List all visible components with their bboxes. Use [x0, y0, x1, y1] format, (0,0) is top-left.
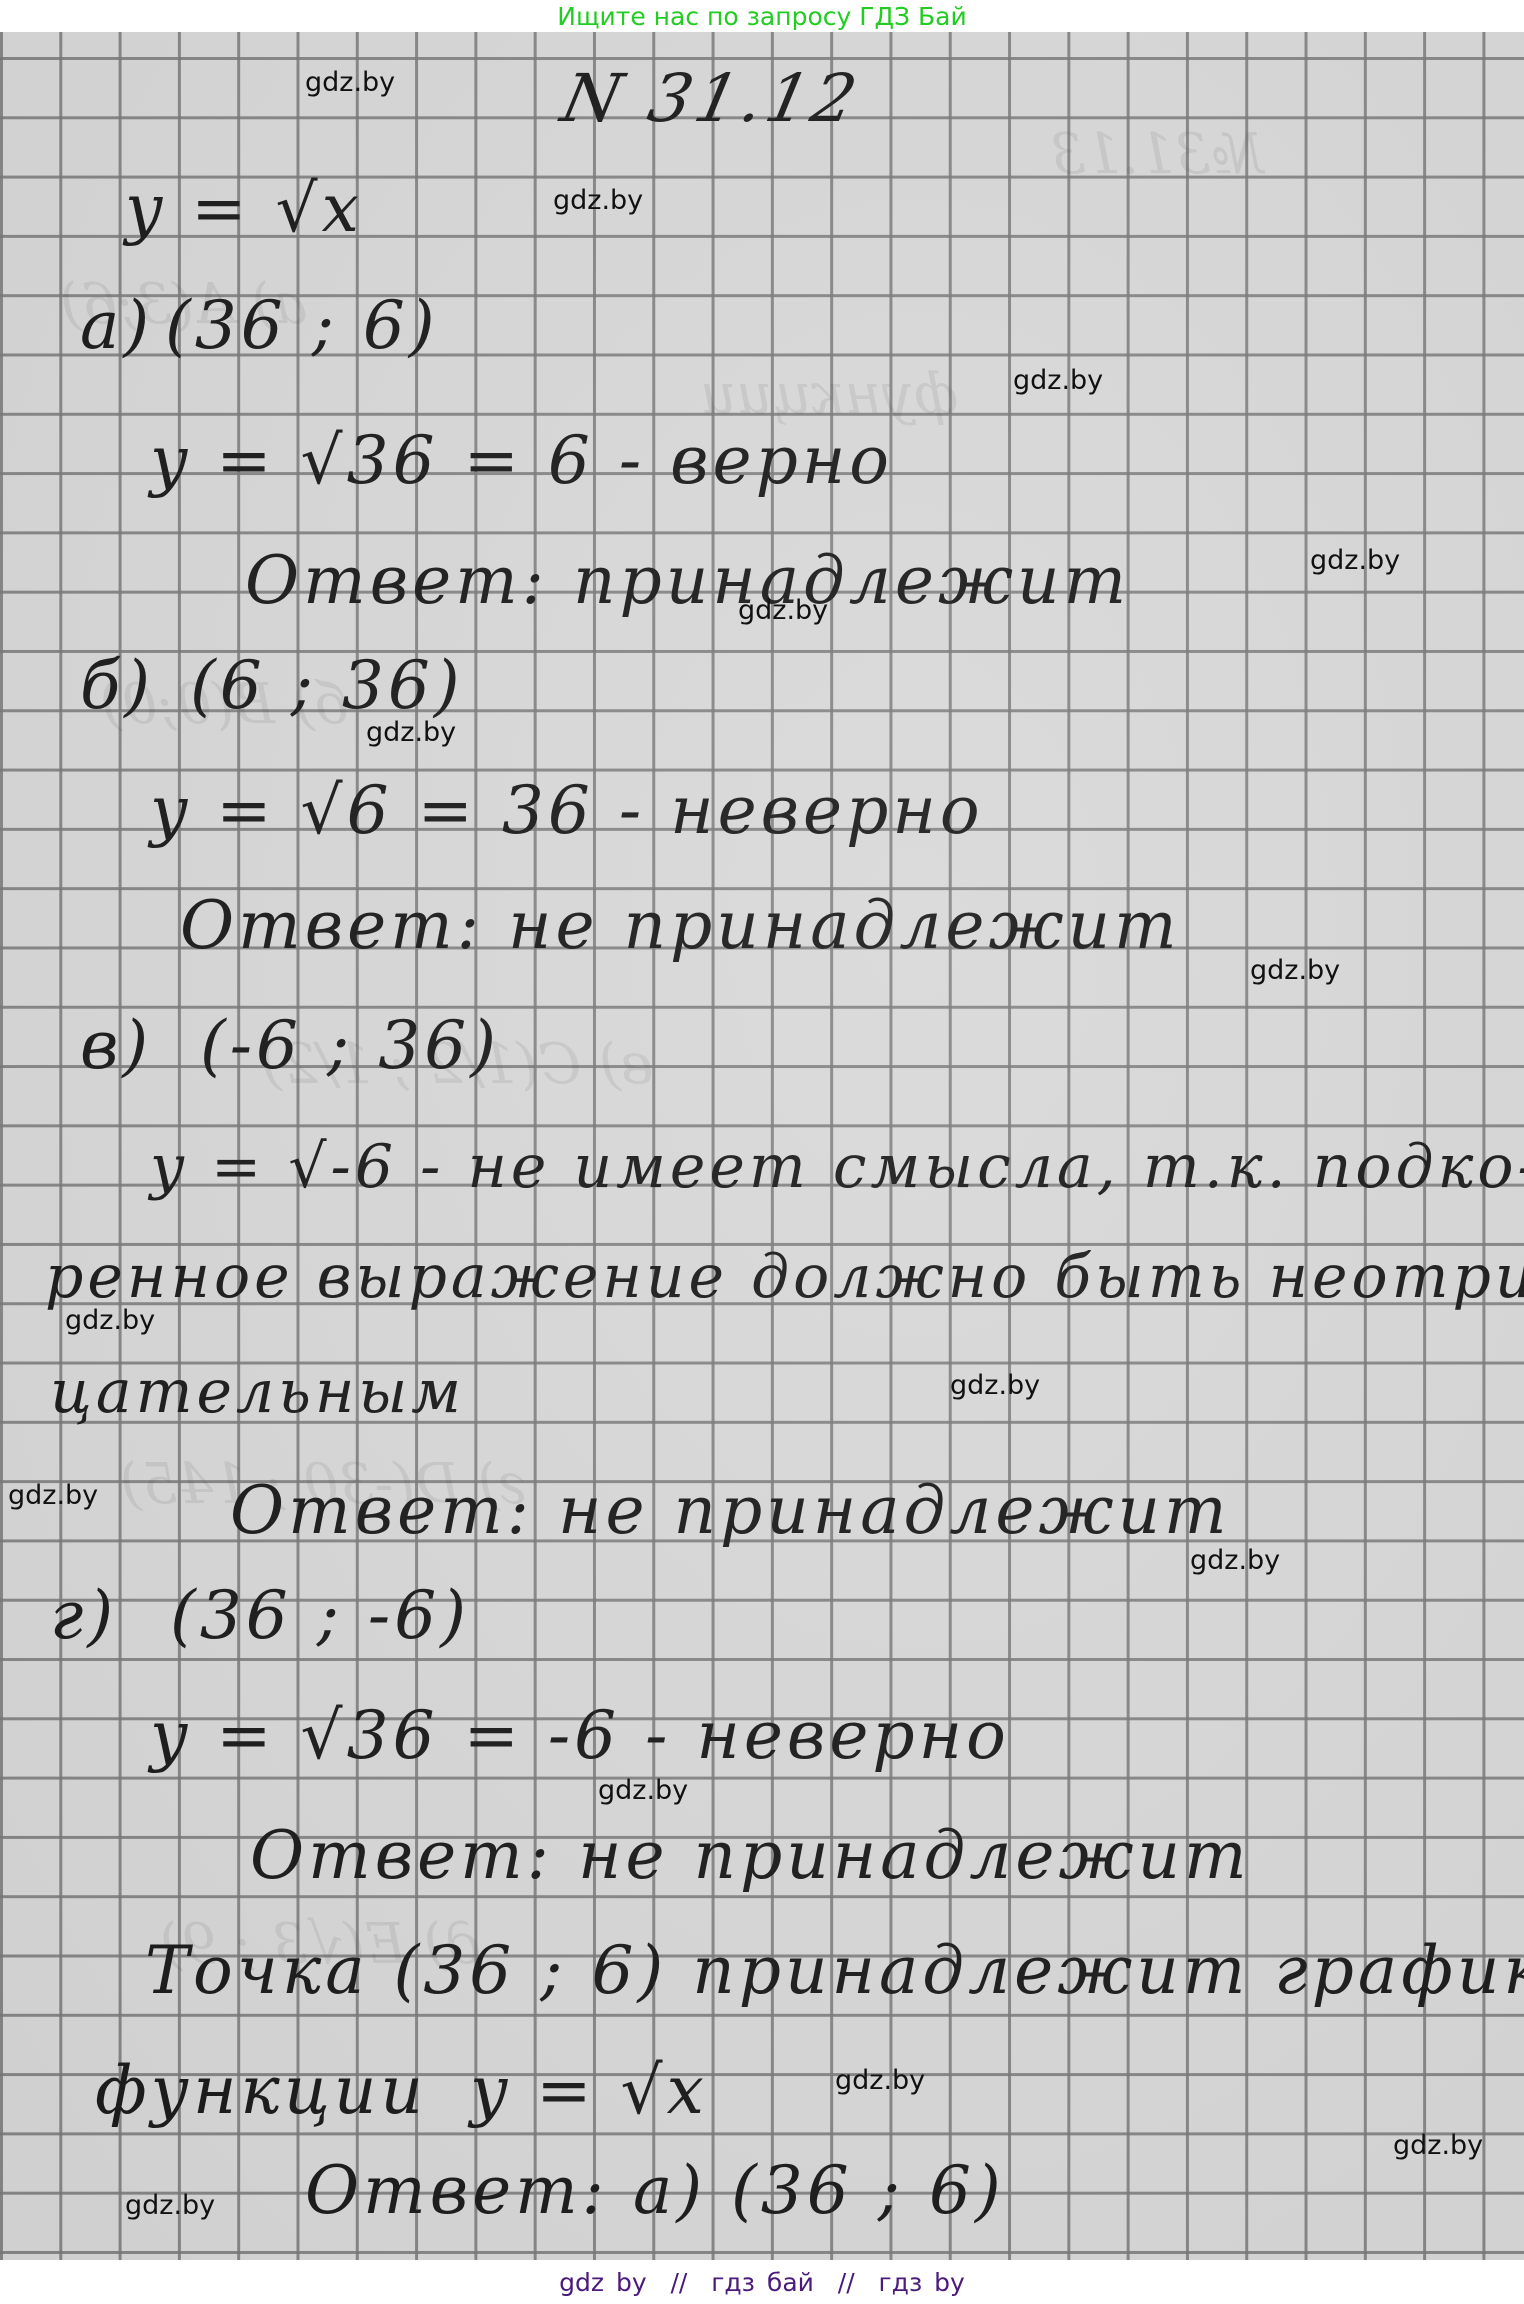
top-banner: Ищите нас по запросу ГДЗ Бай — [0, 0, 1524, 32]
bottom-banner-text: gdz by // гдз бай // гдз by — [559, 2268, 965, 2297]
watermark: gdz.by — [1250, 955, 1340, 986]
watermark: gdz.by — [1310, 545, 1400, 576]
part-v-check-line2: ренное выражение должно быть неотри- — [45, 1242, 1524, 1312]
watermark: gdz.by — [125, 2190, 215, 2221]
conclusion-line2-function: y = √x — [470, 2052, 708, 2129]
part-b-label: б) — [80, 647, 154, 724]
problem-number: N 31.12 — [555, 60, 867, 137]
watermark: gdz.by — [738, 595, 828, 626]
part-g-check: y = √36 = -6 - неверно — [150, 1697, 1010, 1774]
part-a-answer: Ответ: принадлежит — [245, 542, 1130, 619]
conclusion-line2-prefix: функции — [95, 2052, 427, 2129]
part-b-check: y = √6 = 36 - неверно — [150, 772, 984, 849]
part-g-point: (36 ; -6) — [170, 1577, 470, 1654]
final-answer: Ответ: а) (36 ; 6) — [305, 2152, 1005, 2229]
part-v-point: (-6 ; 36) — [200, 1007, 500, 1084]
watermark: gdz.by — [950, 1370, 1040, 1401]
watermark: gdz.by — [835, 2065, 925, 2096]
watermark: gdz.by — [553, 185, 643, 216]
part-g-answer: Ответ: не принадлежит — [250, 1817, 1251, 1894]
part-a-point: (36 ; 6) — [165, 287, 439, 364]
watermark: gdz.by — [1190, 1545, 1280, 1576]
watermark: gdz.by — [598, 1775, 688, 1806]
watermark: gdz.by — [8, 1480, 98, 1511]
notebook-page: №31.13 a) A(3;6) функции б) B(0;0) в) C(… — [0, 32, 1524, 2260]
part-g-label: г) — [50, 1577, 117, 1654]
part-v-check-line3: цательным — [50, 1357, 465, 1427]
part-v-label: в) — [80, 1007, 152, 1084]
conclusion-line1: Точка (36 ; 6) принадлежит графику — [145, 1932, 1524, 2009]
part-a-check: y = √36 = 6 - верно — [150, 422, 893, 499]
watermark: gdz.by — [65, 1305, 155, 1336]
watermark: gdz.by — [1393, 2130, 1483, 2161]
function-definition: y = √x — [125, 170, 363, 247]
watermark: gdz.by — [366, 717, 456, 748]
part-v-check-line1: y = √-6 - не имеет смысла, т.к. подко- — [150, 1132, 1524, 1202]
watermark: gdz.by — [1013, 365, 1103, 396]
bleed-through-text: функции — [700, 362, 958, 427]
part-a-label: а) — [80, 287, 153, 364]
part-v-answer: Ответ: не принадлежит — [230, 1472, 1231, 1549]
bottom-banner: gdz by // гдз бай // гдз by — [0, 2260, 1524, 2304]
part-b-answer: Ответ: не принадлежит — [180, 887, 1181, 964]
top-banner-text: Ищите нас по запросу ГДЗ Бай — [557, 2, 966, 31]
watermark: gdz.by — [305, 67, 395, 98]
part-b-point: (6 ; 36) — [190, 647, 464, 724]
bleed-through-text: №31.13 — [1050, 122, 1263, 187]
